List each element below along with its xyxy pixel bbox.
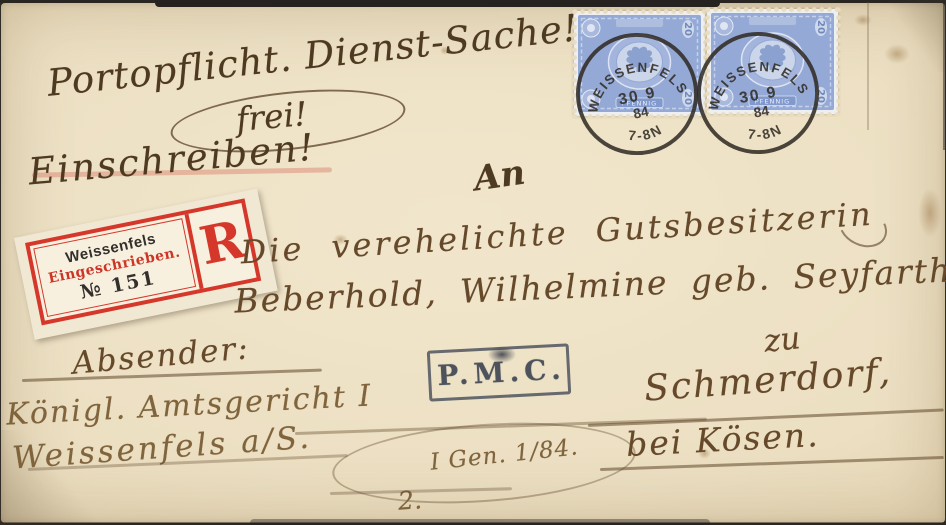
svg-text:7-8N: 7-8N [744,121,785,146]
stamp-denomination: 20 [815,20,826,34]
handwriting-zu: zu [762,320,802,360]
pmc-ink-blob [488,346,516,363]
stain [918,188,942,238]
postmark-day-month: 30 9 [738,84,779,107]
perforation-edge [836,7,841,116]
perforation-edge [572,9,707,14]
postmark-2: WEISSENFELS 30 9 84 7-8N [684,19,832,167]
scan-edge-top-gap [155,0,720,7]
handwriting-salutation-an: An [471,153,527,200]
label-number-sign: № [78,277,105,303]
stain [884,44,910,64]
postmark-year: 84 [632,104,650,122]
scan-edge-bottom-gap [250,519,710,525]
postmark-time: 7-8N [744,121,785,146]
postmark-year: 84 [752,103,770,120]
envelope-scan: Weissenfels Eingeschrieben. № 151 R Port… [0,0,946,525]
postmark-time: 7-8N [625,121,667,147]
svg-text:7-8N: 7-8N [625,121,667,147]
perforation-edge [705,7,840,12]
stain [854,14,872,26]
